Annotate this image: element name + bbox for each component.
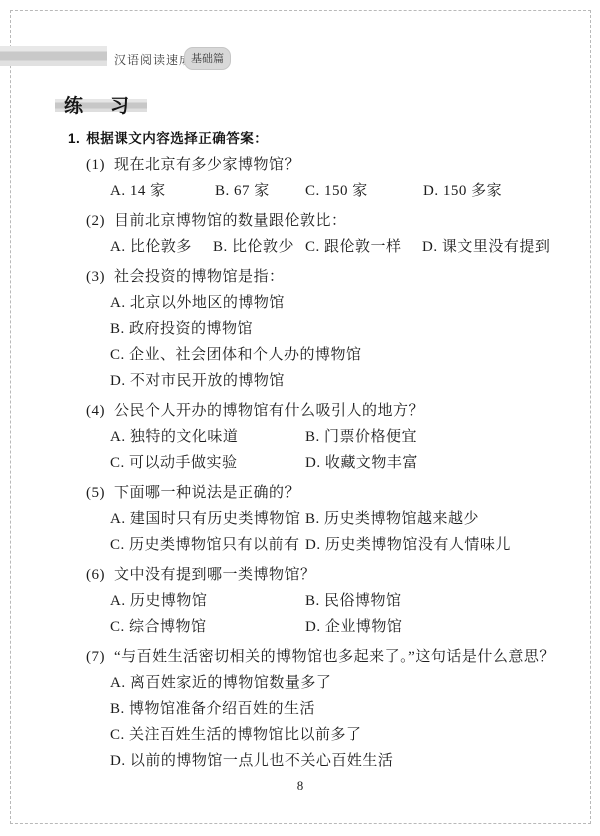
question-text: 社会投资的博物馆是指： [114, 269, 285, 285]
question-line: (3)社会投资的博物馆是指： [86, 264, 568, 290]
option-6-b: B. 民俗博物馆 [305, 588, 568, 614]
option-6-c: C. 综合博物馆 [110, 614, 305, 640]
options-grid: A. 独特的文化味道 B. 门票价格便宜 C. 可以动手做实验 D. 收藏文物丰… [110, 424, 568, 476]
option-4-a: A. 独特的文化味道 [110, 424, 305, 450]
option-3-c: C. 企业、社会团体和个人办的博物馆 [110, 342, 568, 368]
option-1-b: B. 67 家 [215, 178, 305, 204]
header-band [0, 46, 107, 66]
question-6: (6)文中没有提到哪一类博物馆？ A. 历史博物馆 B. 民俗博物馆 C. 综合… [86, 562, 568, 640]
question-text: 目前北京博物馆的数量跟伦敦比： [114, 213, 347, 229]
question-number: (2) [86, 213, 105, 229]
question-5: (5)下面哪一种说法是正确的？ A. 建国时只有历史类博物馆 B. 历史类博物馆… [86, 480, 568, 558]
question-text: 公民个人开办的博物馆有什么吸引人的地方？ [114, 403, 424, 419]
option-2-d: D. 课文里没有提到 [422, 234, 550, 260]
option-7-d: D. 以前的博物馆一点儿也不关心百姓生活 [110, 748, 568, 774]
option-2-b: B. 比伦敦少 [213, 234, 305, 260]
option-6-d: D. 企业博物馆 [305, 614, 568, 640]
question-4: (4)公民个人开办的博物馆有什么吸引人的地方？ A. 独特的文化味道 B. 门票… [86, 398, 568, 476]
question-line: (5)下面哪一种说法是正确的？ [86, 480, 568, 506]
option-4-d: D. 收藏文物丰富 [305, 450, 568, 476]
option-3-a: A. 北京以外地区的博物馆 [110, 290, 568, 316]
exercise-instruction: 根据课文内容选择正确答案： [86, 131, 268, 146]
option-1-a: A. 14 家 [110, 178, 215, 204]
exercise-number: 1. [68, 131, 80, 146]
option-5-a: A. 建国时只有历史类博物馆 [110, 506, 305, 532]
exercise-content: 1.根据课文内容选择正确答案： (1)现在北京有多少家博物馆？ A. 14 家 … [68, 126, 568, 778]
question-number: (7) [86, 649, 105, 665]
edition-badge: 基础篇 [184, 47, 231, 70]
question-text: 下面哪一种说法是正确的？ [114, 485, 300, 501]
question-text: 现在北京有多少家博物馆？ [114, 157, 300, 173]
question-line: (4)公民个人开办的博物馆有什么吸引人的地方？ [86, 398, 568, 424]
question-text: “与百姓生活密切相关的博物馆也多起来了。”这句话是什么意思？ [114, 649, 555, 665]
question-line: (6)文中没有提到哪一类博物馆？ [86, 562, 568, 588]
option-3-d: D. 不对市民开放的博物馆 [110, 368, 568, 394]
options-stack: A. 离百姓家近的博物馆数量多了 B. 博物馆准备介绍百姓的生活 C. 关注百姓… [110, 670, 568, 774]
question-1: (1)现在北京有多少家博物馆？ A. 14 家 B. 67 家 C. 150 家… [86, 152, 568, 204]
option-6-a: A. 历史博物馆 [110, 588, 305, 614]
option-3-b: B. 政府投资的博物馆 [110, 316, 568, 342]
question-number: (5) [86, 485, 105, 501]
question-3: (3)社会投资的博物馆是指： A. 北京以外地区的博物馆 B. 政府投资的博物馆… [86, 264, 568, 394]
question-7: (7)“与百姓生活密切相关的博物馆也多起来了。”这句话是什么意思？ A. 离百姓… [86, 644, 568, 774]
question-number: (3) [86, 269, 105, 285]
question-text: 文中没有提到哪一类博物馆？ [114, 567, 316, 583]
option-5-c: C. 历史类博物馆只有以前有 [110, 532, 305, 558]
option-7-c: C. 关注百姓生活的博物馆比以前多了 [110, 722, 568, 748]
question-2: (2)目前北京博物馆的数量跟伦敦比： A. 比伦敦多 B. 比伦敦少 C. 跟伦… [86, 208, 568, 260]
option-5-d: D. 历史类博物馆没有人情味儿 [305, 532, 568, 558]
option-4-b: B. 门票价格便宜 [305, 424, 568, 450]
option-2-c: C. 跟伦敦一样 [305, 234, 422, 260]
textbook-page: 汉语阅读速成 基础篇 练 习 1.根据课文内容选择正确答案： (1)现在北京有多… [0, 0, 600, 836]
question-line: (1)现在北京有多少家博物馆？ [86, 152, 568, 178]
option-1-d: D. 150 多家 [423, 178, 502, 204]
options-grid: A. 建国时只有历史类博物馆 B. 历史类博物馆越来越少 C. 历史类博物馆只有… [110, 506, 568, 558]
book-title: 汉语阅读速成 [114, 51, 192, 68]
page-number: 8 [0, 778, 600, 794]
exercise-instruction-line: 1.根据课文内容选择正确答案： [68, 126, 568, 152]
question-line: (7)“与百姓生活密切相关的博物馆也多起来了。”这句话是什么意思？ [86, 644, 568, 670]
option-2-a: A. 比伦敦多 [110, 234, 213, 260]
option-4-c: C. 可以动手做实验 [110, 450, 305, 476]
option-7-a: A. 离百姓家近的博物馆数量多了 [110, 670, 568, 696]
question-number: (4) [86, 403, 105, 419]
question-line: (2)目前北京博物馆的数量跟伦敦比： [86, 208, 568, 234]
options-stack: A. 北京以外地区的博物馆 B. 政府投资的博物馆 C. 企业、社会团体和个人办… [110, 290, 568, 394]
option-7-b: B. 博物馆准备介绍百姓的生活 [110, 696, 568, 722]
options-grid: A. 历史博物馆 B. 民俗博物馆 C. 综合博物馆 D. 企业博物馆 [110, 588, 568, 640]
section-title: 练 习 [64, 91, 133, 118]
option-1-c: C. 150 家 [305, 178, 423, 204]
question-number: (1) [86, 157, 105, 173]
options-row: A. 14 家 B. 67 家 C. 150 家 D. 150 多家 [110, 178, 568, 204]
question-number: (6) [86, 567, 105, 583]
option-5-b: B. 历史类博物馆越来越少 [305, 506, 568, 532]
options-row: A. 比伦敦多 B. 比伦敦少 C. 跟伦敦一样 D. 课文里没有提到 [110, 234, 568, 260]
